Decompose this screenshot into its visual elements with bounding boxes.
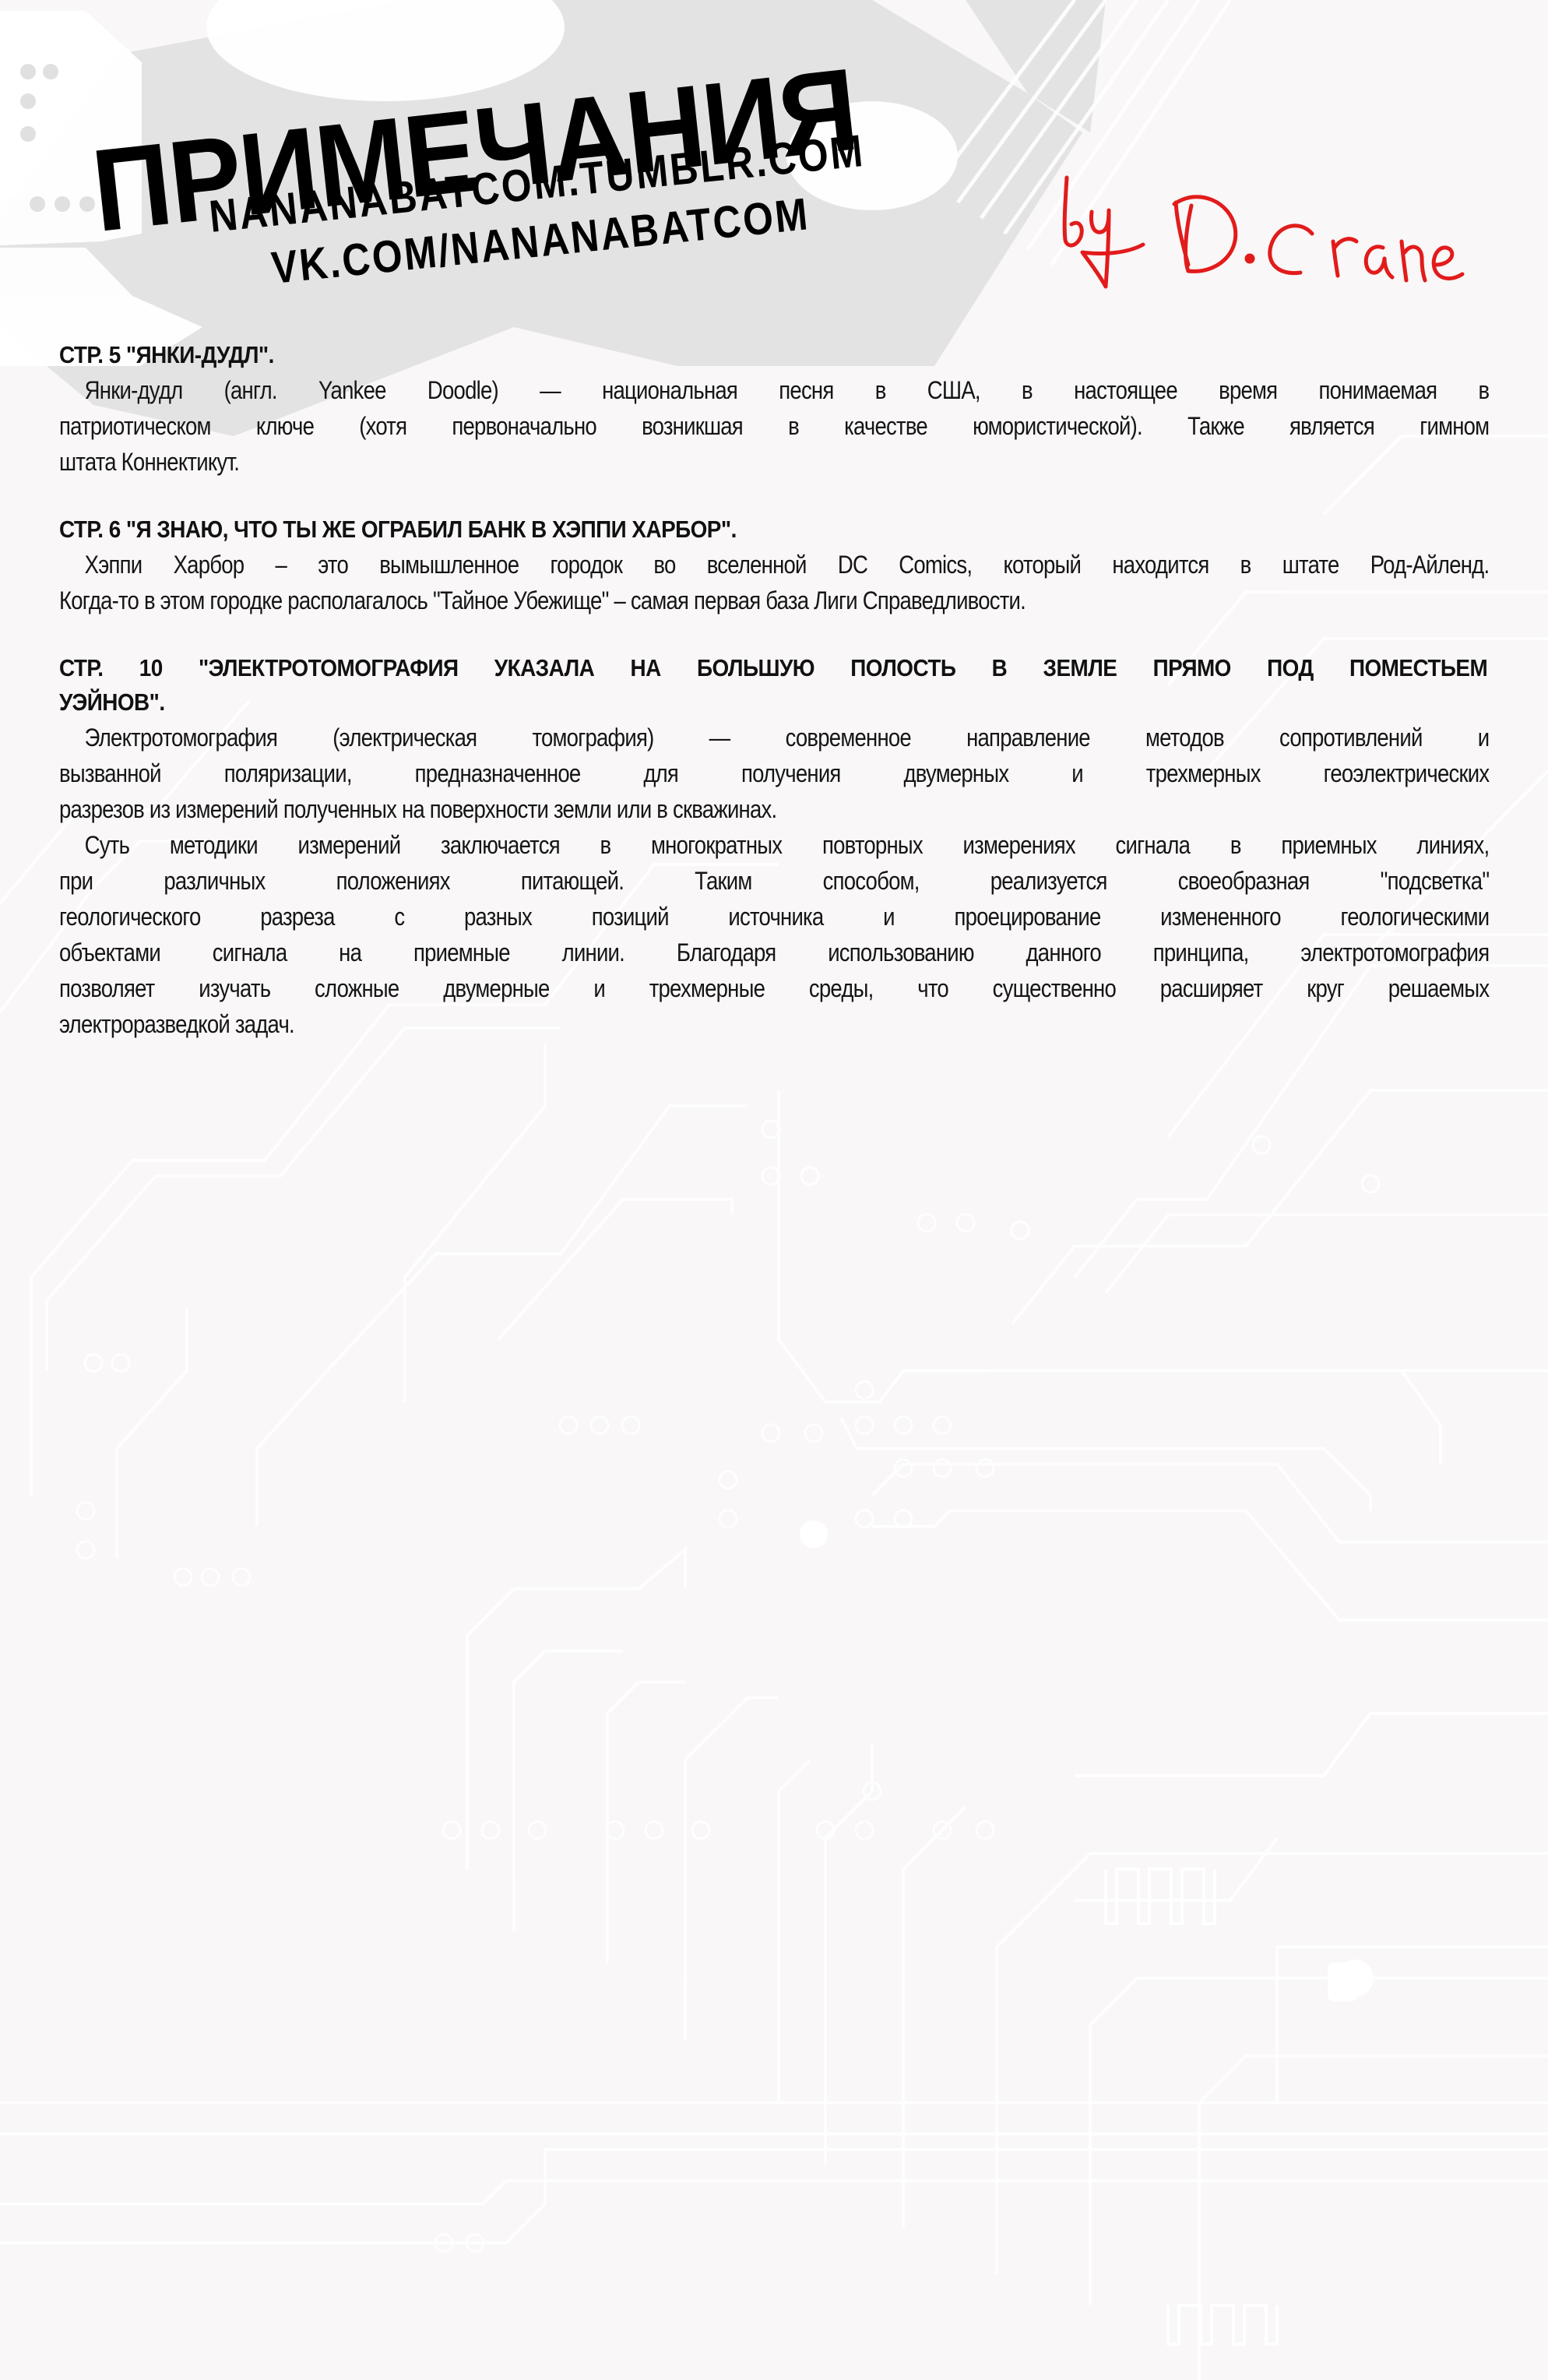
note-heading-line: СТР. 6 "Я ЗНАЮ, ЧТО ТЫ ЖЕ ОГРАБИЛ БАНК В… — [59, 512, 1487, 547]
section-gap — [59, 480, 1489, 512]
note-heading: СТР. 10 "ЭЛЕКТРОТОМОГРАФИЯ УКАЗАЛА НА БО… — [59, 651, 1487, 720]
note-paragraph: Электротомография (электрическая томогра… — [59, 720, 1489, 827]
paragraph-line: Когда-то в этом городке располагалось "Т… — [59, 583, 1489, 618]
paragraph-line: объектами сигнала на приемные линии. Бла… — [59, 935, 1489, 970]
note-paragraph: Янки-дудл (англ. Yankee Doodle) — национ… — [59, 372, 1489, 480]
paragraph-line: вызванной поляризации, предназначенное д… — [59, 755, 1489, 791]
paragraph-line: разрезов из измерений полученных на пове… — [59, 791, 1489, 827]
notes-content: СТР. 5 "ЯНКИ-ДУДЛ".Янки-дудл (англ. Yank… — [59, 338, 1489, 1042]
note-paragraph: Хэппи Харбор – это вымышленное городок в… — [59, 547, 1489, 618]
signature: by D.Crane — [1036, 156, 1472, 292]
paragraph-line: при различных положениях питающей. Таким… — [59, 863, 1489, 899]
note-section: СТР. 6 "Я ЗНАЮ, ЧТО ТЫ ЖЕ ОГРАБИЛ БАНК В… — [59, 512, 1489, 618]
paragraph-line: Хэппи Харбор – это вымышленное городок в… — [59, 547, 1489, 583]
paragraph-line: электроразведкой задач. — [59, 1006, 1489, 1042]
note-heading-line: СТР. 10 "ЭЛЕКТРОТОМОГРАФИЯ УКАЗАЛА НА БО… — [59, 651, 1487, 685]
paragraph-line: позволяет изучать сложные двумерные и тр… — [59, 970, 1489, 1006]
paragraph-line: Янки-дудл (англ. Yankee Doodle) — национ… — [59, 372, 1489, 408]
note-heading-line: СТР. 5 "ЯНКИ-ДУДЛ". — [59, 338, 1487, 372]
note-heading-line: УЭЙНОВ". — [59, 685, 1487, 720]
paragraph-line: штата Коннектикут. — [59, 444, 1489, 480]
paragraph-line: Электротомография (электрическая томогра… — [59, 720, 1489, 755]
paragraph-line: геологического разреза с разных позиций … — [59, 899, 1489, 935]
note-section: СТР. 10 "ЭЛЕКТРОТОМОГРАФИЯ УКАЗАЛА НА БО… — [59, 651, 1489, 1042]
section-gap — [59, 618, 1489, 651]
note-section: СТР. 5 "ЯНКИ-ДУДЛ".Янки-дудл (англ. Yank… — [59, 338, 1489, 480]
paragraph-line: патриотическом ключе (хотя первоначально… — [59, 408, 1489, 444]
note-paragraph: Суть методики измерений заключается в мн… — [59, 827, 1489, 1042]
note-heading: СТР. 5 "ЯНКИ-ДУДЛ". — [59, 338, 1487, 372]
note-heading: СТР. 6 "Я ЗНАЮ, ЧТО ТЫ ЖЕ ОГРАБИЛ БАНК В… — [59, 512, 1487, 547]
paragraph-line: Суть методики измерений заключается в мн… — [59, 827, 1489, 863]
